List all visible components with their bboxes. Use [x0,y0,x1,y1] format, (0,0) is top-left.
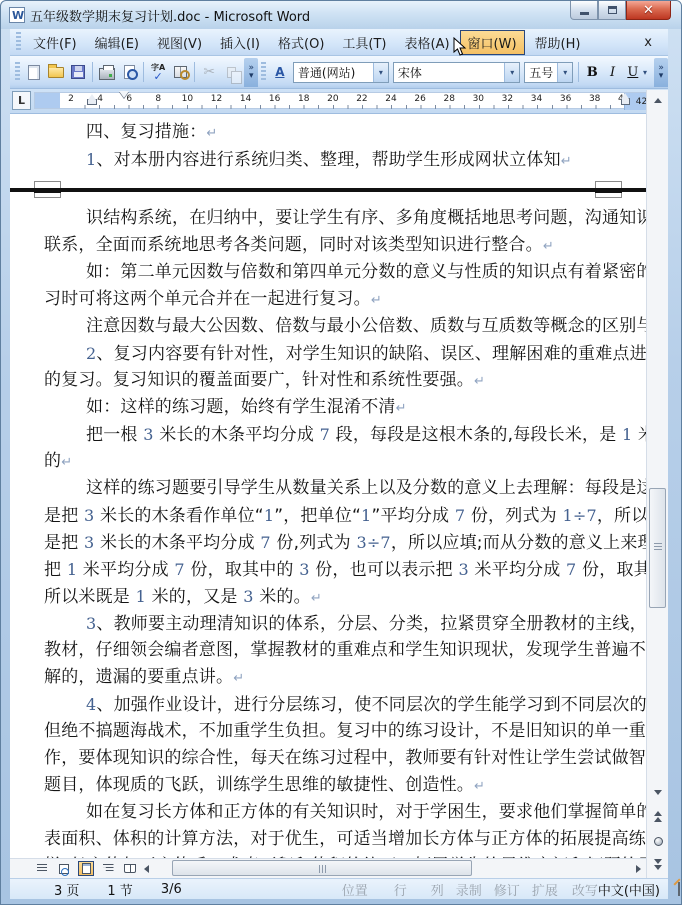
print-icon [99,68,115,80]
title-bar[interactable]: W 五年级数学期末复习计划.doc - Microsoft Word ✕ [1,1,682,29]
menu-item[interactable]: 视图(V) [149,30,210,55]
document-text-line[interactable]: 是把 3 米长的木条看作单位“1”，把单位“1”平均分成 7 份，列式为 1÷7… [10,502,646,529]
outline-view-icon [103,864,114,873]
cut-button[interactable]: ✂ [198,60,220,84]
mouse-cursor [453,37,467,57]
bold-button[interactable]: B [582,61,602,83]
document-text-line[interactable]: 识结构系统，在归纳中，要让学生有序、多角度概括地思考问题，沟通知识间的内在 [10,205,646,232]
italic-button[interactable]: I [602,61,622,83]
font-size-combobox[interactable]: 五号 ▾ [524,62,573,83]
document-text-line[interactable]: 解的，遗漏的要重点讲。↵ [10,664,646,691]
status-item[interactable]: 1 节 [107,880,132,899]
print-preview-button[interactable] [118,60,140,84]
status-bar: 3 页1 节3/6位置行列录制修订扩展改写中文(中国) [10,878,668,899]
ruler-number: 20 [327,94,339,104]
status-item[interactable]: 修订 [494,880,520,899]
status-item[interactable]: 扩展 [532,880,558,899]
document-text-line[interactable]: 习时可将这两个单元合并在一起进行复习。↵ [10,286,646,313]
document-text-line[interactable]: 2、复习内容要有针对性，对学生知识的缺陷、误区、理解困难的重难点进行有针对性 [10,340,646,367]
toolbar-options-button[interactable]: » ▾ [654,58,668,87]
print-button[interactable] [96,60,118,84]
horizontal-scrollbar-row [10,858,646,878]
arrow-left-icon [144,865,149,873]
ruler-number: 34 [531,94,543,104]
status-item[interactable]: 位置 [342,880,368,899]
status-item[interactable]: 改写 [572,880,598,899]
double-arrow-up-icon [654,811,662,822]
arrow-up-icon [654,98,662,103]
new-document-button[interactable] [23,60,45,84]
ruler-number: 16 [269,94,281,104]
document-text-line[interactable]: 如在复习长方体和正方体的有关知识时，对于学困生，要求他们掌握简单的求棱长和、 [10,799,646,826]
document-text-line[interactable]: 教材，仔细领会编者意图，掌握教材的重难点和学生知识现状，发现学生普遍不会的，难理 [10,637,646,664]
ruler-number: 24 [385,94,397,104]
word-application-window: W 五年级数学期末复习计划.doc - Microsoft Word ✕ 文件(… [0,0,682,905]
status-item[interactable]: 录制 [456,880,482,899]
style-combobox[interactable]: 普通(网站) ▾ [293,62,389,83]
document-text-line[interactable]: 把 1 米平均分成 7 份，取其中的 3 份，也可以表示把 3 米平均分成 7 … [10,556,646,583]
ruler-number: 14 [240,94,252,104]
tab-selector-button[interactable]: L [12,91,31,110]
document-text-line[interactable]: 表面积、体积的计算方法，对于优生，可适当增加长方体与正方体的拓展提高练习，如：“… [10,826,646,853]
print-preview-icon [124,65,135,79]
status-item[interactable]: 中文(中国) [598,880,660,899]
vertical-scrollbar-thumb[interactable] [649,488,666,608]
print-layout-icon [82,863,91,874]
page-boundary [10,175,646,205]
arrow-right-icon [636,865,641,873]
vertical-scrollbar[interactable] [646,90,668,878]
open-button[interactable] [45,60,67,84]
ruler-number: 22 [356,94,368,104]
chevron-down-icon: ▾ [659,72,664,80]
document-text-line[interactable]: 题目，体现质的飞跃，训练学生思维的敏捷性、创造性。↵ [10,772,646,799]
scroll-right-button[interactable] [630,861,646,877]
underline-button[interactable]: U [623,61,643,83]
menu-bar: 文件(F)编辑(E)视图(V)插入(I)格式(O)工具(T)表格(A)窗口(W)… [10,29,668,56]
ruler-number: 28 [443,94,455,104]
new-document-icon [28,65,40,80]
reading-layout-view-button[interactable] [122,861,138,876]
document-text-line[interactable]: 这样的练习题要引导学生从数量关系上以及分数的意义上去理解：每段是这根木条的, [10,475,646,502]
font-combobox[interactable]: 宋体 ▾ [393,62,520,83]
ruler-number: 32 [501,94,513,104]
document-close-button[interactable]: x [638,33,658,52]
restore-button[interactable] [598,1,626,20]
styles-formatting-button[interactable]: A [269,60,291,84]
reading-layout-icon [124,864,136,873]
save-button[interactable] [67,60,89,84]
close-icon: ✕ [643,3,654,18]
document-text-line[interactable]: 所以米既是 1 米的，又是 3 米的。↵ [10,583,646,610]
ruler-ticks [71,105,631,109]
document-text-line[interactable]: 把一根 3 米长的木条平均分成 7 段，每段是这根木条的,每段长米，是 1 米的… [10,421,646,448]
menu-item[interactable]: 插入(I) [212,30,268,55]
document-text-line[interactable]: 四、复习措施：↵ [10,119,646,146]
menu-item[interactable]: 编辑(E) [87,30,147,55]
chevron-down-icon[interactable]: ▾ [557,63,572,82]
toolbar-separator [578,62,579,82]
spelling-grammar-button[interactable]: 字A✓ [147,60,169,84]
toolbar-grip-handle[interactable] [16,32,21,52]
normal-view-button[interactable] [34,861,50,876]
menu-item[interactable]: 文件(F) [25,30,85,55]
menu-item[interactable]: 工具(T) [334,30,394,55]
select-browse-object-button[interactable] [649,833,667,850]
copy-button[interactable] [220,60,242,84]
first-line-indent-marker[interactable] [119,91,129,98]
page-break-line [10,188,646,192]
status-item[interactable]: 列 [431,880,444,899]
document-page[interactable]: 四、复习措施：↵1、对本册内容进行系统归类、整理，帮助学生形成网状立体知↵ 识结… [10,113,646,858]
spelling-status-book-icon[interactable] [678,882,680,896]
menu-item[interactable]: 格式(O) [270,30,332,55]
document-text-line[interactable]: 3、教师要主动理清知识的体系，分层、分类，拉紧贯穿全册教材的主线，要深钻本册 [10,610,646,637]
toolbar-grip-handle[interactable] [261,62,266,82]
research-book-icon [174,66,187,78]
menu-item[interactable]: 帮助(H) [527,30,589,55]
toolbar-separator [194,62,195,82]
menu-item[interactable]: 窗口(W) [460,30,525,55]
outline-view-button[interactable] [100,861,116,876]
toolbar-separator [143,62,144,82]
ruler-number: 10 [181,94,193,104]
right-indent-marker[interactable] [621,98,630,105]
save-floppy-icon [71,65,85,79]
font-value: 宋体 [394,64,504,81]
ruler-row: L 246810121416182022242628303234363840 4… [10,89,668,113]
ruler-left-margin [35,93,60,108]
close-button[interactable]: ✕ [626,1,671,20]
print-layout-view-button[interactable] [78,861,94,876]
ruler-number: 26 [414,94,426,104]
previous-page-button[interactable] [649,808,667,825]
document-text-line[interactable]: 如：这样的练习题，始终有学生混淆不清↵ [10,394,646,421]
cut-scissors-icon: ✂ [203,64,215,80]
document-text-line[interactable]: 注意因数与最大公因数、倍数与最小公倍数、质数与互质数等概念的区别与联系。↵ [10,313,646,340]
spelling-grammar-icon: 字A✓ [151,64,165,81]
menu-item[interactable]: 表格(A) [397,30,458,55]
ruler-number: 30 [472,94,484,104]
document-text-line[interactable]: 如：第二单元因数与倍数和第四单元分数的意义与性质的知识点有着紧密的联系，复 [10,259,646,286]
status-item[interactable]: 3 页 [54,880,79,899]
minimize-button[interactable] [570,1,598,20]
chevron-down-icon: ▾ [249,72,254,80]
word-document-icon: W [9,7,25,23]
document-text-line[interactable]: 但绝不搞题海战术，不加重学生负担。复习中的练习设计，不是旧知识的单一重复，机械操 [10,718,646,745]
status-item[interactable]: 行 [394,880,407,899]
document-text-line[interactable]: 是把 3 米长的木条平均分成 7 份,列式为 3÷7，所以应填;而从分数的意义上… [10,529,646,556]
document-text-line[interactable]: 的复习。复习知识的覆盖面要广，针对性和系统性要强。↵ [10,367,646,394]
status-item[interactable]: 3/6 [161,882,182,897]
font-size-value: 五号 [525,64,557,81]
document-text-line[interactable]: 1、对本册内容进行系统归类、整理，帮助学生形成网状立体知↵ [10,146,646,173]
web-layout-icon [59,864,69,874]
toolbar-options-button[interactable]: » ▾ [244,58,258,87]
scroll-down-button[interactable] [649,784,667,801]
browse-ball-icon [654,837,663,846]
ruler-number: 2 [65,94,77,104]
double-arrow-down-icon [654,859,662,870]
normal-view-icon [37,864,47,873]
scroll-up-button[interactable] [649,92,667,109]
document-text-line[interactable]: 4、加强作业设计，进行分层练习，使不同层次的学生能学习到不同层次的数学知识。 [10,691,646,718]
horizontal-scrollbar[interactable] [154,860,628,877]
horizontal-ruler[interactable]: 246810121416182022242628303234363840 42 [34,92,646,109]
chevron-down-icon[interactable]: ▾ [373,63,388,82]
copy-icon [227,67,236,78]
ruler-number: 18 [298,94,310,104]
ruler-number: 38 [589,94,601,104]
research-button[interactable] [169,60,191,84]
document-text-line[interactable]: 联系，全面而系统地思考各类问题，同时对该类型知识进行整合。↵ [10,232,646,259]
toolbar: 字A✓ ✂ » ▾ A 普通(网站) ▾ 宋体 ▾ 五号 ▾ B I U ▾ » [10,56,668,89]
ruler-number: 12 [210,94,222,104]
document-text-line[interactable]: 的↵ [10,448,646,475]
horizontal-scrollbar-thumb[interactable] [172,860,472,876]
ruler-number: 36 [560,94,572,104]
scroll-left-button[interactable] [138,861,154,877]
open-folder-icon [48,67,64,78]
document-text-line[interactable]: 作，要体现知识的综合性，每天在练习过程中，教师要有针对性让学生尝试做智力冲浪式的 [10,745,646,772]
next-page-button[interactable] [649,856,667,873]
arrow-down-icon [654,790,662,795]
window-title: 五年级数学期末复习计划.doc - Microsoft Word [30,6,310,25]
style-value: 普通(网站) [294,64,373,81]
minimize-icon [580,12,589,15]
web-layout-view-button[interactable] [56,861,72,876]
styles-formatting-icon: A [275,65,284,79]
left-indent-marker[interactable] [87,99,97,105]
chevron-down-icon[interactable]: ▾ [643,68,652,77]
ruler-number: 8 [152,94,164,104]
restore-icon [608,6,617,14]
chevron-down-icon[interactable]: ▾ [504,63,519,82]
toolbar-grip-handle[interactable] [15,62,20,82]
toolbar-separator [92,62,93,82]
